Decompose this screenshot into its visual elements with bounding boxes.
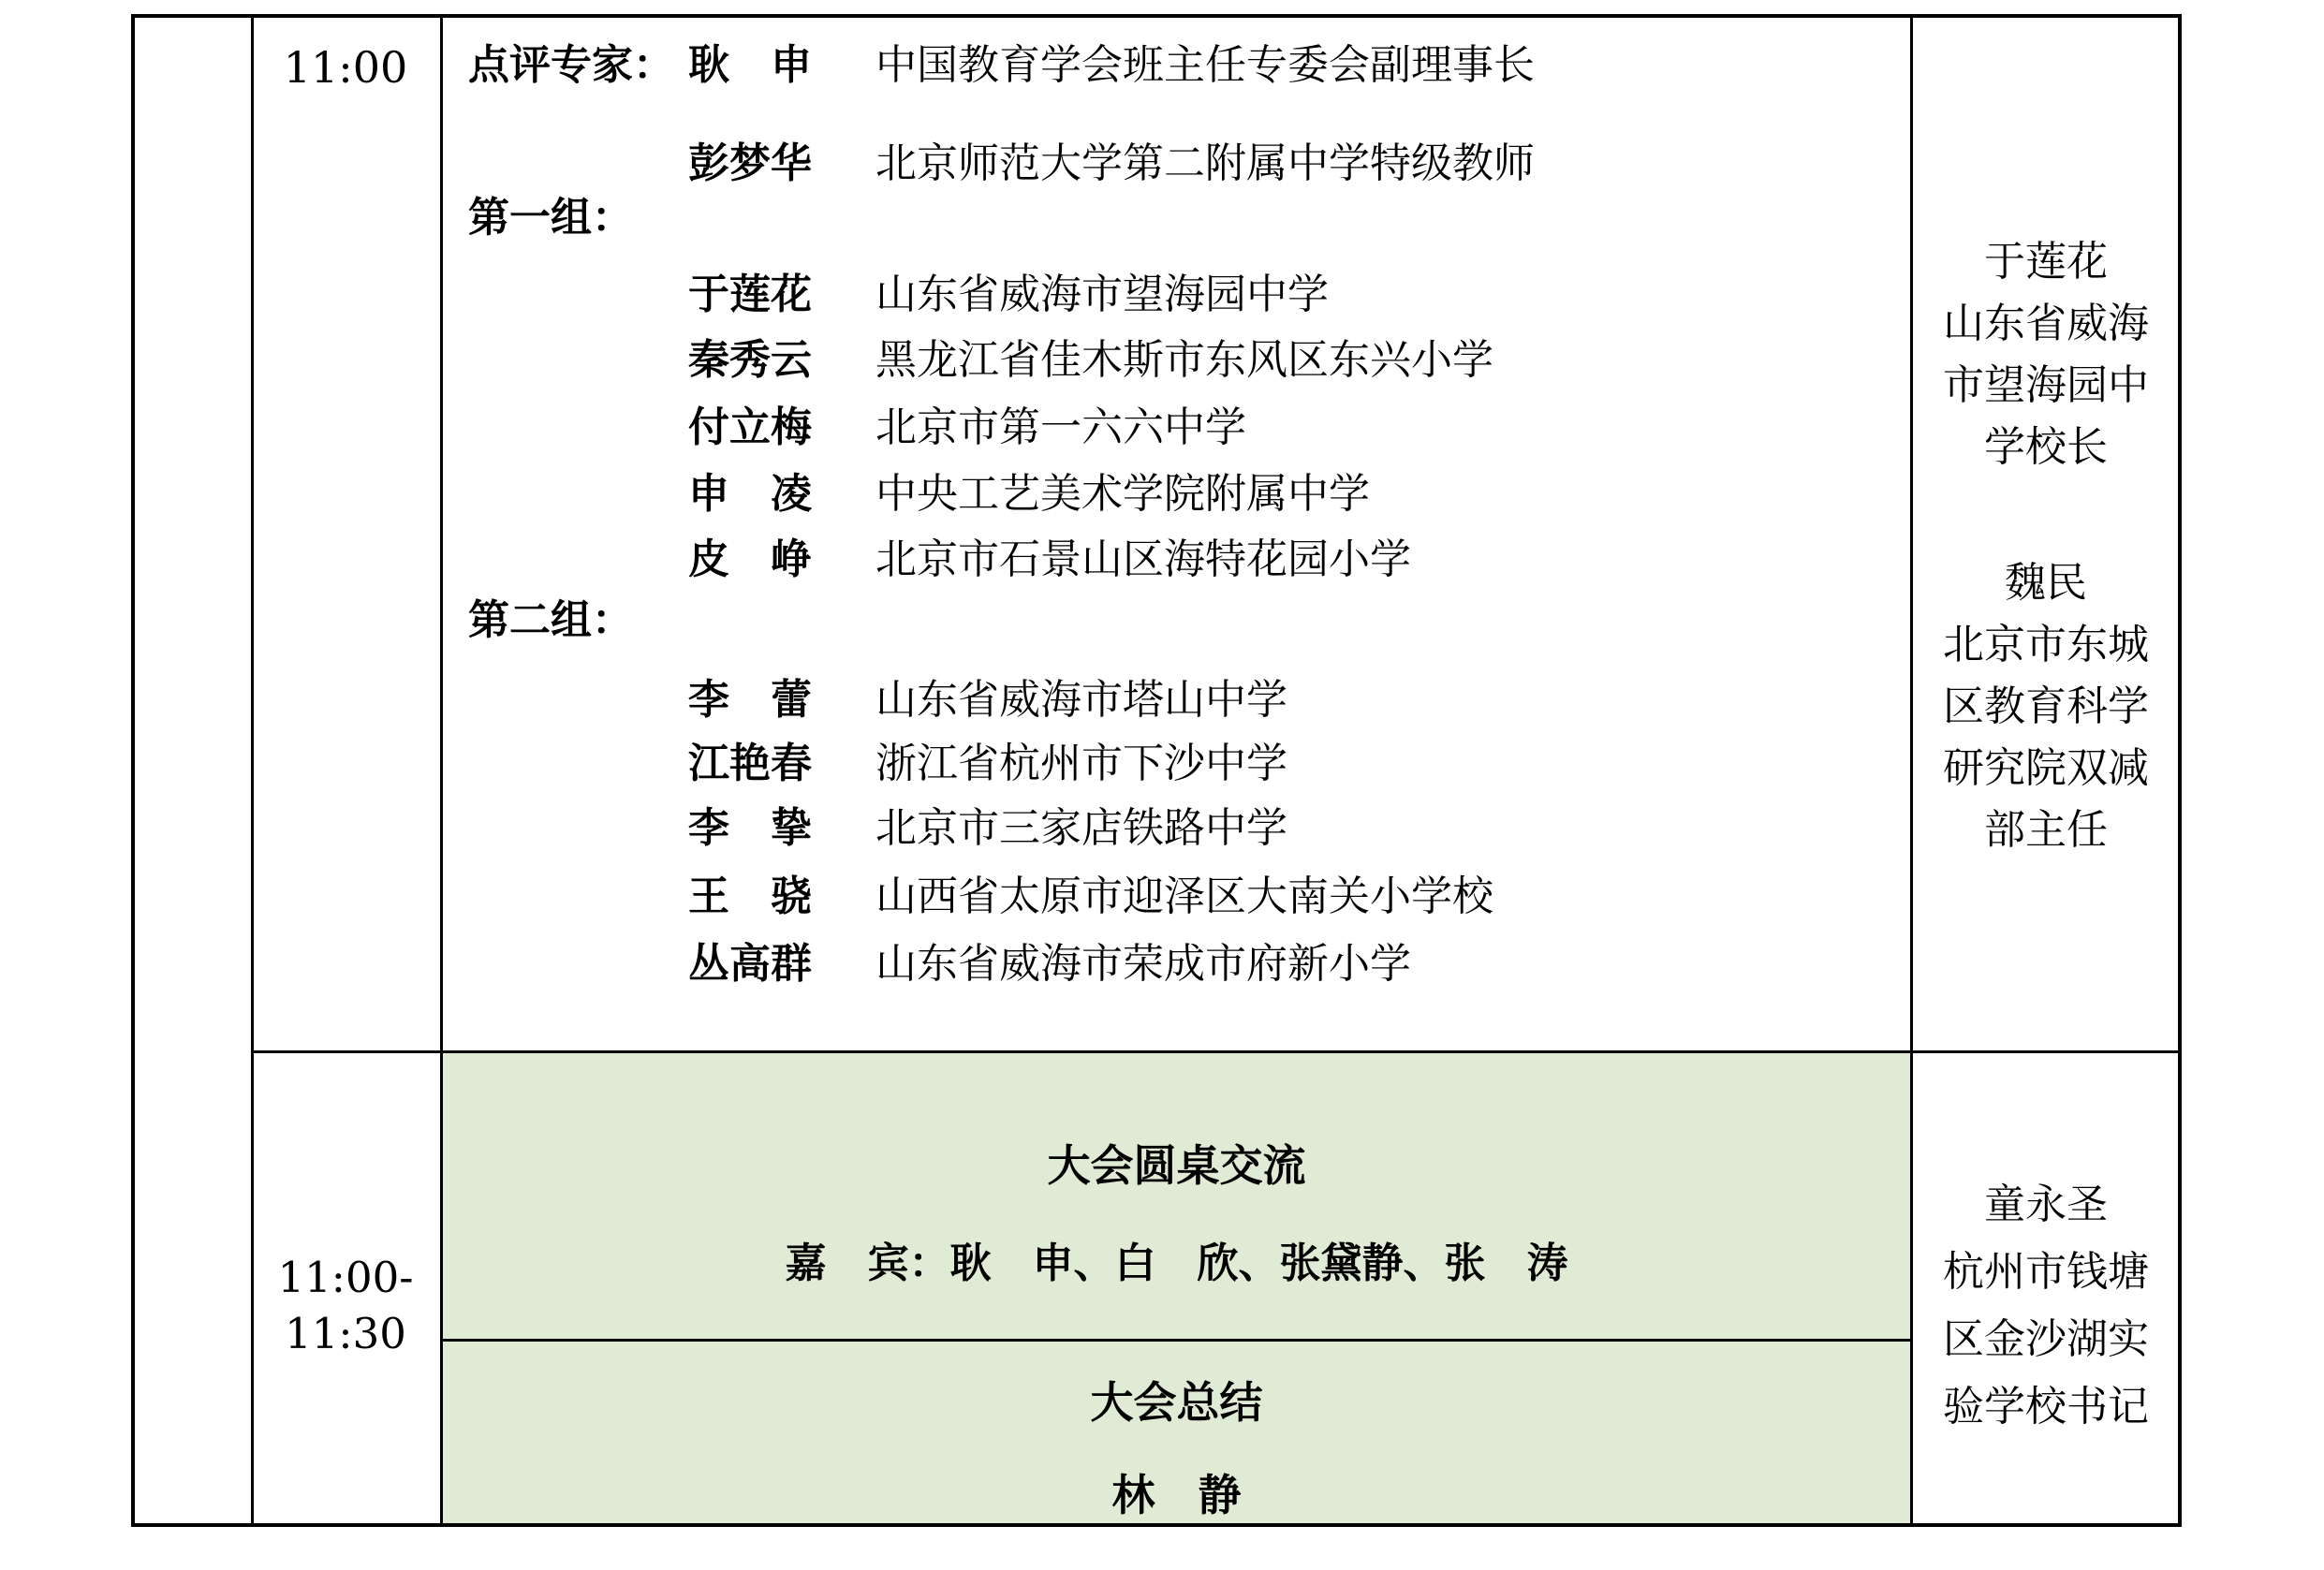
roster-line: 皮 峥北京市石景山区海特花园小学 — [468, 533, 1411, 587]
roster-group-label: 第一组： — [468, 191, 875, 245]
host-name: 魏民 — [1910, 552, 2182, 614]
host-title-line: 市望海园中 — [1910, 355, 2182, 417]
roster-line: 李 蕾山东省威海市塔山中学 — [468, 673, 1287, 727]
time-label-start: 11:00- — [251, 1250, 440, 1306]
roster-group-label: 第二组： — [468, 594, 875, 648]
host-block-weimin: 魏民 北京市东城 区教育科学 研究院双减 部主任 — [1910, 552, 2182, 861]
host-title-line: 部主任 — [1910, 800, 2182, 861]
host-title-line: 区教育科学 — [1910, 676, 2182, 738]
roster-name: 李 挚 — [688, 801, 875, 856]
time-cell-1100-1130: 11:00- 11:30 — [251, 1250, 440, 1362]
roster-name: 王 骁 — [688, 870, 875, 924]
host-title-line: 学校长 — [1910, 417, 2182, 478]
host-name: 童永圣 — [1910, 1171, 2182, 1239]
roster-name: 皮 峥 — [688, 533, 875, 587]
roster-name: 于莲花 — [688, 268, 875, 322]
roster-affiliation: 北京师范大学第二附属中学特级教师 — [875, 139, 1535, 187]
roster-affiliation: 浙江省杭州市下沙中学 — [875, 740, 1287, 787]
roster-affiliation: 黑龙江省佳木斯市东风区东兴小学 — [875, 336, 1493, 384]
roundtable-title: 大会圆桌交流 — [443, 1138, 1910, 1193]
summary-speaker: 林 静 — [443, 1468, 1910, 1522]
roster-line: 江艳春浙江省杭州市下沙中学 — [468, 737, 1287, 791]
time-label: 11:00 — [284, 42, 408, 93]
date-column-cell — [135, 18, 251, 1523]
roster-line: 点评专家：耿 申中国教育学会班主任专委会副理事长 — [468, 38, 1535, 93]
host-title-line: 北京市东城 — [1910, 614, 2182, 676]
host-title-line: 山东省威海 — [1910, 293, 2182, 355]
roster-label: 点评专家： — [468, 38, 688, 93]
roster-name: 申 凌 — [688, 467, 875, 521]
roster-line: 丛高群山东省威海市荣成市府新小学 — [468, 937, 1411, 991]
roster-name: 丛高群 — [688, 937, 875, 991]
host-block-tongyongsheng: 童永圣 杭州市钱塘 区金沙湖实 验学校书记 — [1910, 1171, 2182, 1441]
roster-affiliation: 中央工艺美术学院附属中学 — [875, 470, 1370, 518]
roster-affiliation: 北京市第一六六中学 — [875, 404, 1246, 451]
session-roster-cell: 点评专家：耿 申中国教育学会班主任专委会副理事长 彭梦华北京师范大学第二附属中学… — [440, 18, 1910, 1050]
time-label-end: 11:30 — [251, 1306, 440, 1362]
roster-name: 付立梅 — [688, 401, 875, 455]
roster-affiliation: 中国教育学会班主任专委会副理事长 — [875, 41, 1535, 89]
roster-line: 付立梅北京市第一六六中学 — [468, 401, 1246, 455]
roster-affiliation: 山东省威海市塔山中学 — [875, 676, 1287, 724]
host-title-line: 杭州市钱塘 — [1910, 1239, 2182, 1306]
host-title-line: 研究院双减 — [1910, 738, 2182, 800]
host-title-line: 验学校书记 — [1910, 1373, 2182, 1441]
host-name: 于莲花 — [1910, 231, 2182, 293]
roster-affiliation: 北京市三家店铁路中学 — [875, 804, 1287, 852]
roster-line: 彭梦华北京师范大学第二附属中学特级教师 — [468, 137, 1535, 191]
roster-line: 王 骁山西省太原市迎泽区大南关小学校 — [468, 870, 1493, 924]
divider-row-main — [251, 1050, 2178, 1053]
roster-line: 李 挚北京市三家店铁路中学 — [468, 801, 1287, 856]
summary-title: 大会总结 — [443, 1375, 1910, 1430]
roster-affiliation: 山东省威海市望海园中学 — [875, 271, 1329, 318]
host-title-line: 区金沙湖实 — [1910, 1306, 2182, 1373]
roster-line: 于莲花山东省威海市望海园中学 — [468, 268, 1329, 322]
roundtable-guests: 嘉 宾：耿 申、白 欣、张黛静、张 涛 — [443, 1237, 1910, 1291]
time-cell-1100: 11:00 — [251, 40, 440, 95]
roster-label: 第一组： — [468, 191, 688, 245]
roster-affiliation: 山东省威海市荣成市府新小学 — [875, 940, 1411, 988]
divider-row-session — [440, 1339, 1913, 1342]
roster-name: 彭梦华 — [688, 137, 875, 191]
host-block-yulianhua: 于莲花 山东省威海 市望海园中 学校长 — [1910, 231, 2182, 478]
roster-name: 耿 申 — [688, 38, 875, 93]
roster-name: 秦秀云 — [688, 333, 875, 388]
roster-name: 江艳春 — [688, 737, 875, 791]
roster-affiliation: 北京市石景山区海特花园小学 — [875, 536, 1411, 583]
roster-line: 秦秀云黑龙江省佳木斯市东风区东兴小学 — [468, 333, 1493, 388]
roster-line: 申 凌中央工艺美术学院附属中学 — [468, 467, 1370, 521]
schedule-table: 11:00 点评专家：耿 申中国教育学会班主任专委会副理事长 彭梦华北京师范大学… — [131, 14, 2182, 1527]
roster-label: 第二组： — [468, 594, 688, 648]
roster-name: 李 蕾 — [688, 673, 875, 727]
roster-affiliation: 山西省太原市迎泽区大南关小学校 — [875, 873, 1493, 920]
